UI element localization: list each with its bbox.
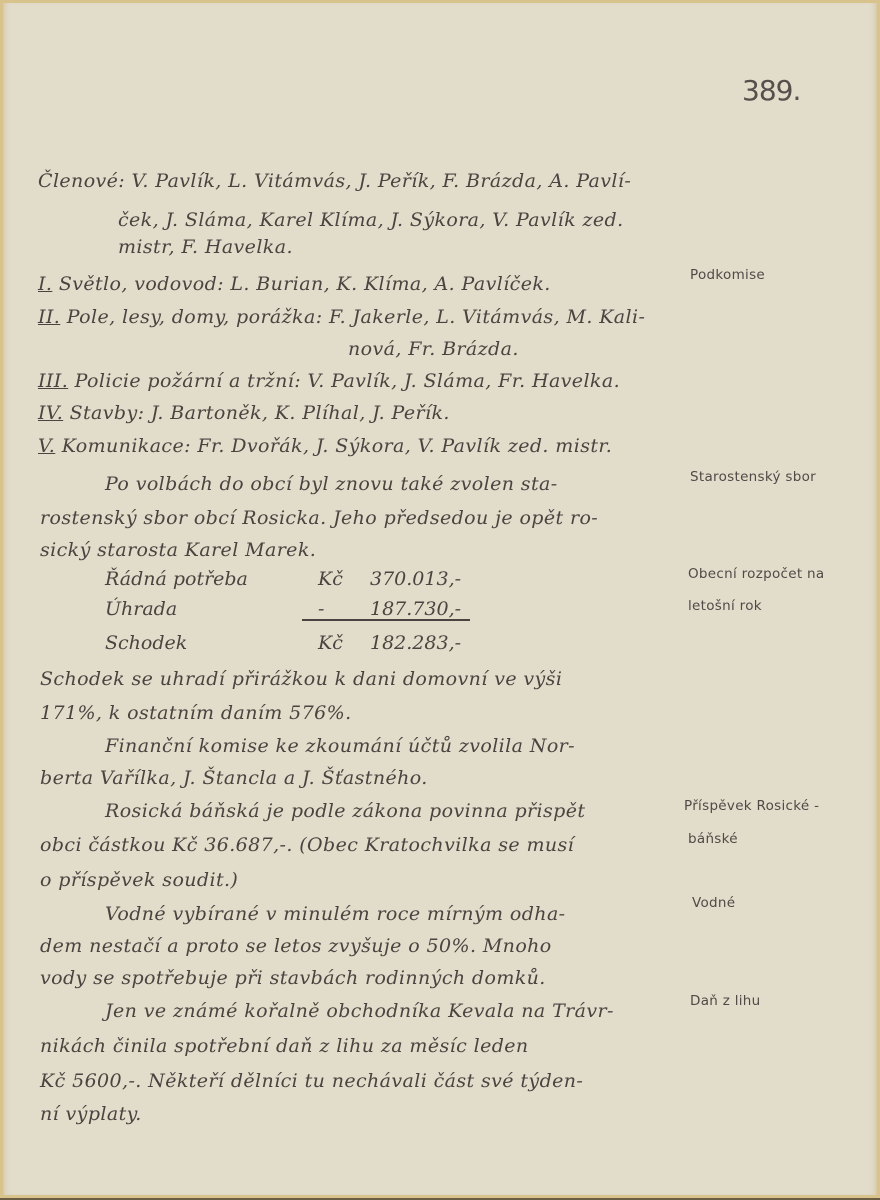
finance-line-1: Finanční komise ke zkoumání účtů zvolila…	[105, 735, 575, 757]
margin-note-podkomise: Podkomise	[690, 267, 765, 283]
spirits-line-2: nikách činila spotřební daň z lihu za mě…	[40, 1035, 529, 1057]
starosta-line-1: Po volbách do obcí byl znovu také zvolen…	[105, 473, 558, 495]
margin-note-starostensky: Starostenský sbor	[690, 469, 816, 485]
budget-amount: 187.730,-	[370, 598, 461, 620]
subcommittee-3-numeral: III.	[38, 370, 68, 392]
subcommittee-2-numeral: II.	[38, 306, 60, 328]
mine-line-1: Rosická báňská je podle zákona povinna p…	[105, 800, 585, 822]
finance-line-2: berta Vařílka, J. Štancla a J. Šťastného…	[40, 767, 428, 789]
subcommittee-4-text: Stavby: J. Bartoněk, K. Plíhal, J. Peřík…	[70, 402, 450, 424]
subcommittee-3: III. Policie požární a tržní: V. Pavlík,…	[38, 370, 620, 392]
water-line-1: Vodné vybírané v minulém roce mírným odh…	[105, 903, 566, 925]
margin-note-mine-2: báňské	[688, 831, 738, 847]
subcommittee-2: II. Pole, lesy, domy, porážka: F. Jakerl…	[38, 306, 645, 328]
subcommittee-2-continuation: nová, Fr. Brázda.	[348, 338, 519, 360]
water-line-2: dem nestačí a proto se letos zvyšuje o 5…	[40, 935, 552, 957]
budget-amount: 370.013,-	[370, 568, 461, 590]
members-line-1: Členové: V. Pavlík, L. Vitámvás, J. Peří…	[38, 170, 631, 192]
starosta-line-2: rostenský sbor obcí Rosicka. Jeho předse…	[40, 507, 598, 529]
budget-row-deficit: Schodek Kč 182.283,-	[0, 632, 880, 658]
spirits-line-3: Kč 5600,-. Někteří dělníci tu nechávali …	[40, 1070, 583, 1092]
subcommittee-5-numeral: V.	[38, 435, 55, 457]
subcommittee-1: I. Světlo, vodovod: L. Burian, K. Klíma,…	[38, 273, 551, 295]
mine-line-2: obci částkou Kč 36.687,-. (Obec Kratochv…	[40, 834, 574, 856]
budget-label: Řádná potřeba	[105, 568, 248, 590]
spirits-line-1: Jen ve známé kořalně obchodníka Kevala n…	[105, 1000, 614, 1022]
subcommittee-1-text: Světlo, vodovod: L. Burian, K. Klíma, A.…	[59, 273, 551, 295]
budget-currency: -	[318, 598, 324, 620]
subcommittee-5: V. Komunikace: Fr. Dvořák, J. Sýkora, V.…	[38, 435, 612, 457]
spirits-line-4: ní výplaty.	[40, 1103, 142, 1125]
subcommittee-4-numeral: IV.	[38, 402, 63, 424]
subcommittee-5-text: Komunikace: Fr. Dvořák, J. Sýkora, V. Pa…	[62, 435, 613, 457]
margin-note-mine-1: Příspěvek Rosické -	[684, 798, 819, 814]
deficit-line-2: 171%, k ostatním daním 576%.	[40, 702, 352, 724]
deficit-line-1: Schodek se uhradí přirážkou k dani domov…	[40, 668, 562, 690]
subcommittee-2-text: Pole, lesy, domy, porážka: F. Jakerle, L…	[67, 306, 646, 328]
subcommittee-3-text: Policie požární a tržní: V. Pavlík, J. S…	[75, 370, 620, 392]
starosta-line-3: sický starosta Karel Marek.	[40, 539, 316, 561]
budget-label: Úhrada	[105, 598, 177, 620]
mine-line-3: o příspěvek soudit.)	[40, 869, 238, 891]
budget-label: Schodek	[105, 632, 187, 654]
water-line-3: vody se spotřebuje při stavbách rodinnýc…	[40, 967, 546, 989]
subcommittee-4: IV. Stavby: J. Bartoněk, K. Plíhal, J. P…	[38, 402, 450, 424]
manuscript-page: 389. Členové: V. Pavlík, L. Vitámvás, J.…	[0, 0, 880, 1200]
budget-amount: 182.283,-	[370, 632, 461, 654]
page-number: 389.	[742, 74, 800, 107]
subcommittee-1-numeral: I.	[38, 273, 52, 295]
budget-currency: Kč	[318, 568, 343, 590]
budget-currency: Kč	[318, 632, 343, 654]
members-line-3: mistr, F. Havelka.	[118, 236, 293, 258]
budget-row-regular-need: Řádná potřeba Kč 370.013,-	[0, 568, 880, 594]
budget-sum-rule	[302, 619, 470, 621]
margin-note-water: Vodné	[692, 895, 735, 911]
members-line-2: ček, J. Sláma, Karel Klíma, J. Sýkora, V…	[118, 209, 624, 231]
margin-note-spirits: Daň z lihu	[690, 993, 761, 1009]
